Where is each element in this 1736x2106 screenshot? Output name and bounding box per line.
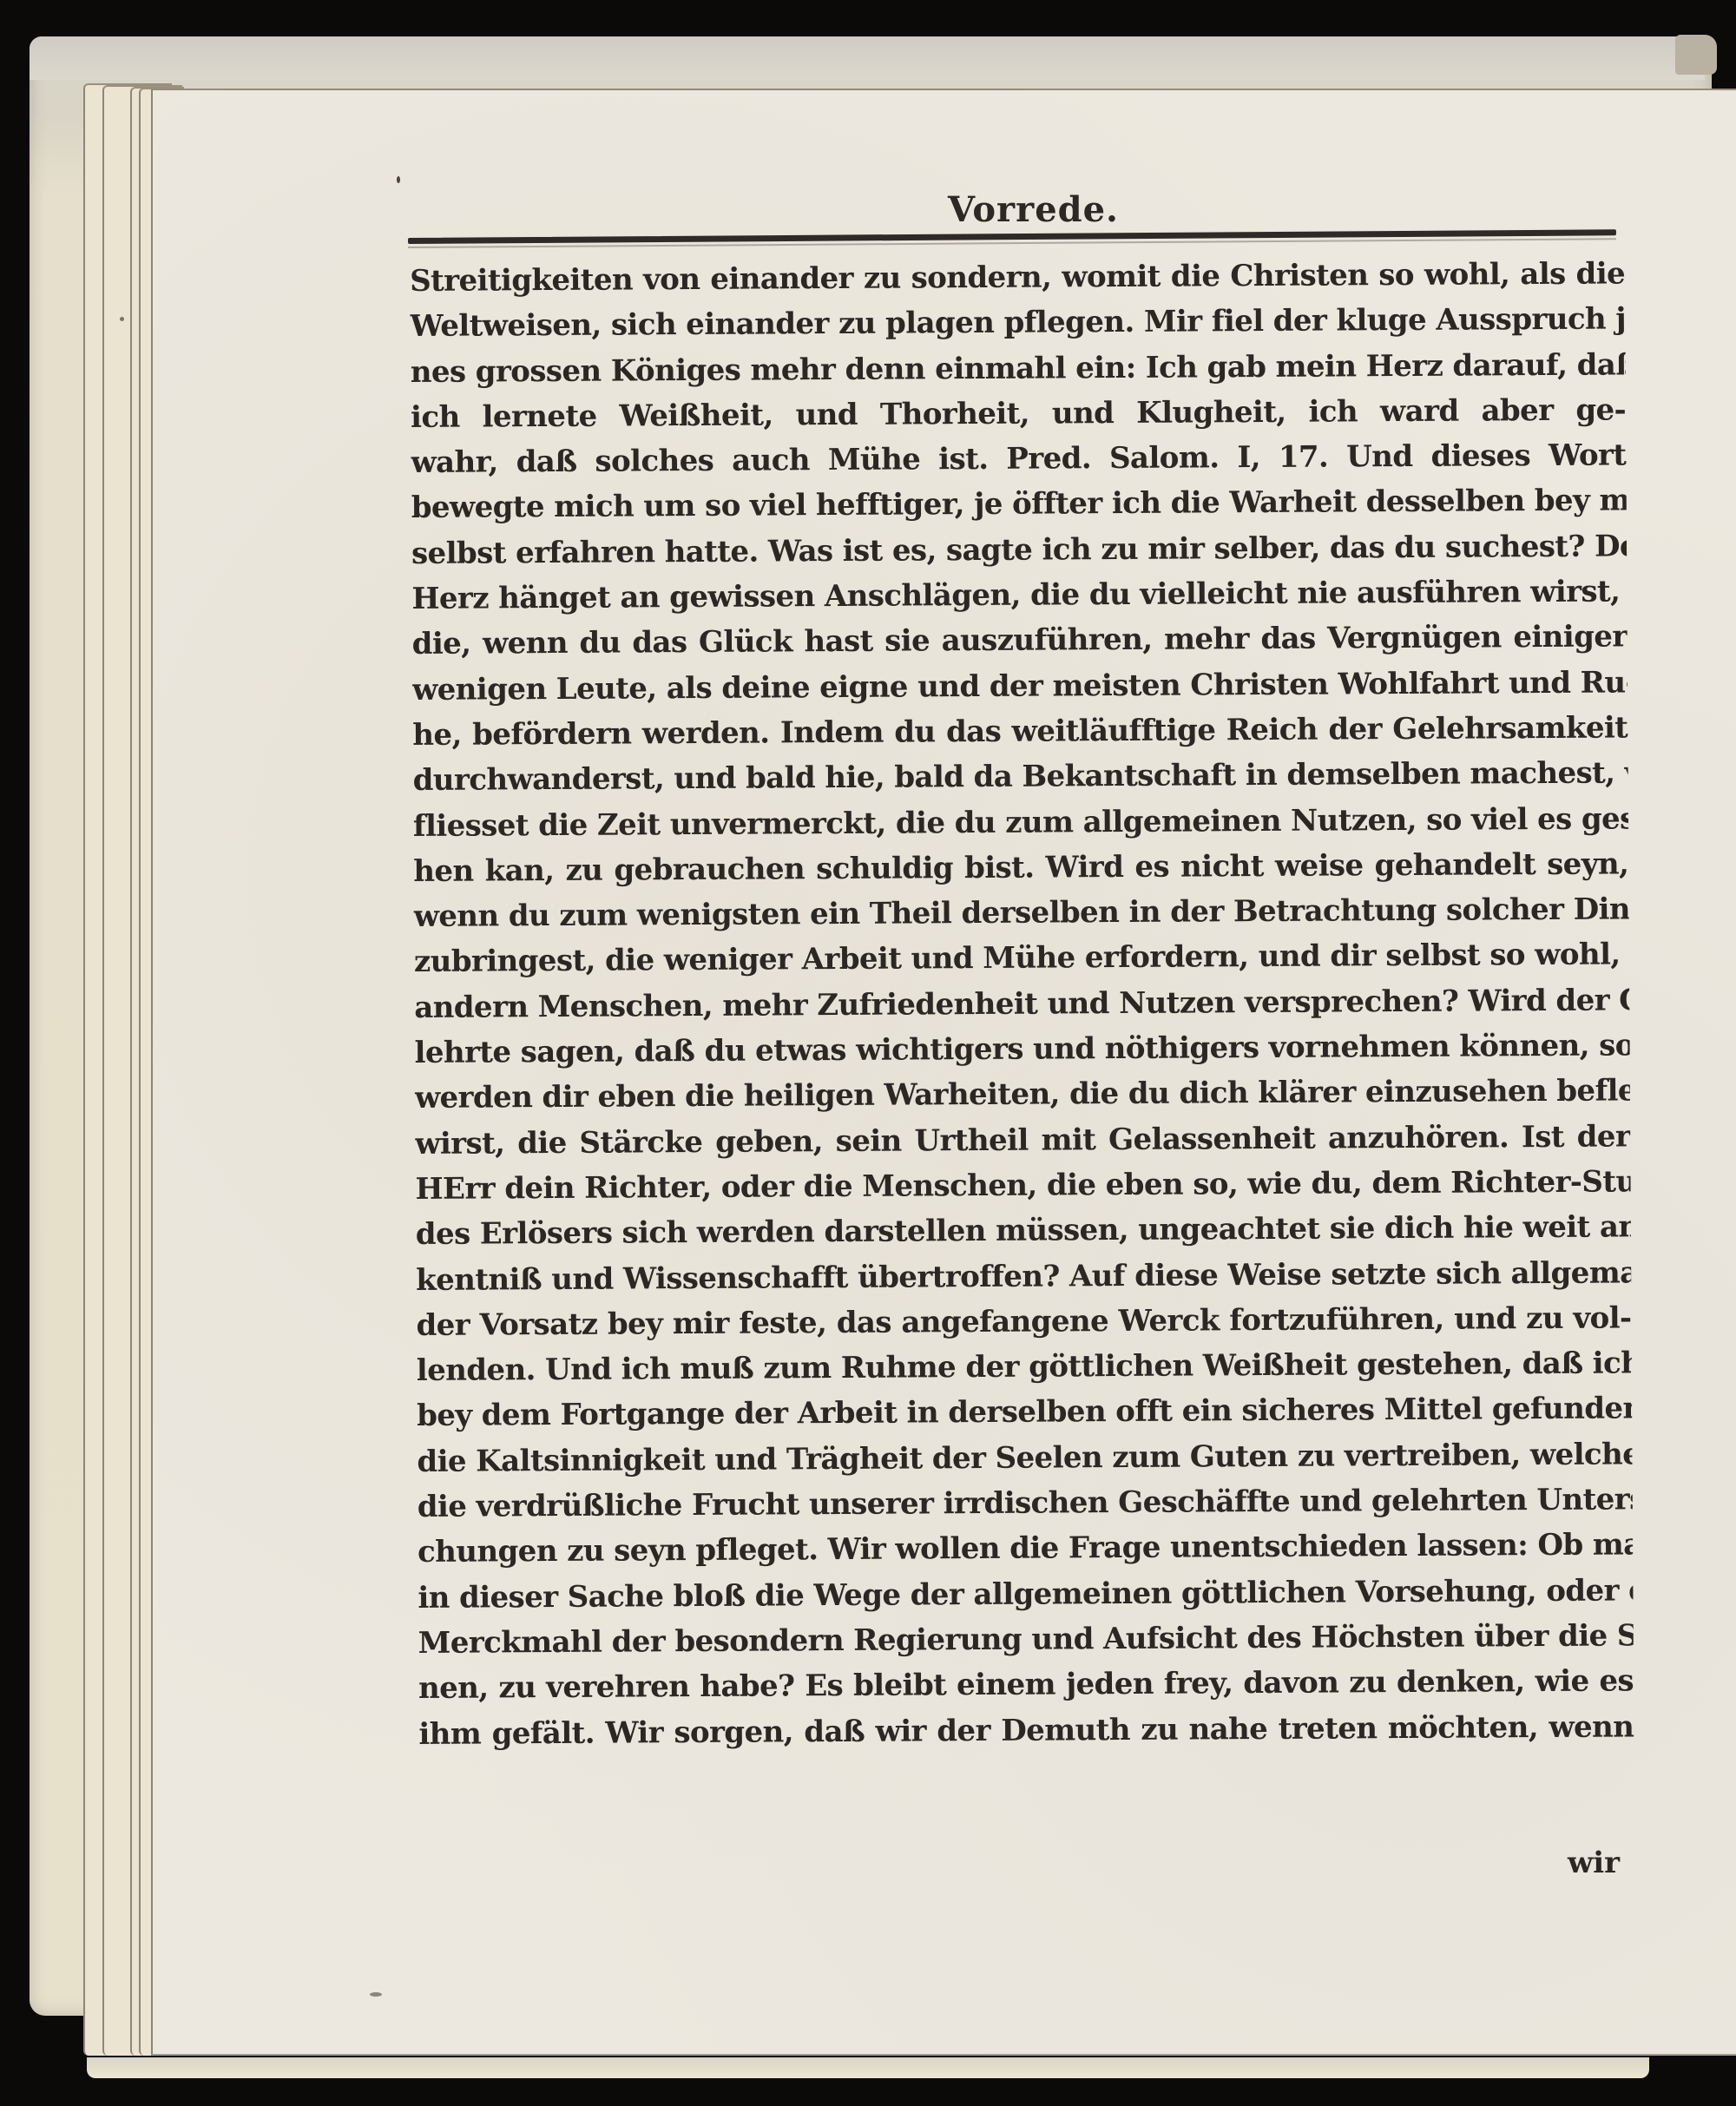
text-line: wenn du zum wenigsten ein Theil derselbe… [413,887,1628,940]
text-line: Weltweisen, sich einander zu plagen pfle… [410,297,1625,350]
text-line: die, wenn du das Glück hast sie auszufüh… [412,615,1627,668]
text-line: nes grossen Königes mehr denn einmahl ei… [411,342,1626,395]
text-line: chungen zu seyn pfleget. Wir wollen die … [418,1523,1633,1576]
text-line: Streitigkeiten von einander zu sondern, … [410,251,1625,304]
body-text: Streitigkeiten von einander zu sondern, … [410,251,1634,1756]
text-line: der Vorsatz bey mir feste, das angefange… [416,1295,1631,1348]
text-line: Merckmahl der besondern Regierung und Au… [418,1613,1634,1666]
text-line: bey dem Fortgange der Arbeit in derselbe… [417,1386,1632,1439]
book-cover-bottom-edge [87,2057,1649,2078]
text-line: wahr, daß solches auch Mühe ist. Pred. S… [411,433,1626,486]
text-line: des Erlösers sich werden darstellen müss… [416,1205,1631,1258]
text-line: nen, zu verehren habe? Es bleibt einem j… [418,1659,1634,1712]
text-line: HErr dein Richter, oder die Menschen, di… [415,1159,1630,1212]
text-line: he, befördern werden. Indem du das weitl… [412,705,1627,758]
text-line: werden dir eben die heiligen Warheiten, … [415,1069,1630,1122]
paper-speck [120,317,124,321]
text-line: ihm gefält. Wir sorgen, daß wir der Demu… [418,1704,1634,1757]
paper-speck [397,176,400,183]
book-cover-top-edge [30,36,1705,80]
text-line: die verdrüßliche Frucht unserer irrdisch… [418,1477,1633,1530]
text-line: hen kan, zu gebrauchen schuldig bist. Wi… [413,841,1628,894]
catchword: wir [1568,1846,1620,1880]
text-line: wenigen Leute, als deine eigne und der m… [412,660,1627,713]
text-line: die Kaltsinnigkeit und Trägheit der Seel… [417,1431,1632,1484]
text-line: bewegte mich um so viel hefftiger, je öf… [411,478,1627,531]
text-line: lehrte sagen, daß du etwas wichtigers un… [414,1023,1629,1076]
text-line: Herz hänget an gewissen Anschlägen, die … [411,569,1627,622]
text-line: in dieser Sache bloß die Wege der allgem… [418,1568,1633,1621]
text-line: lenden. Und ich muß zum Ruhme der göttli… [417,1341,1632,1394]
text-line: andern Menschen, mehr Zufriedenheit und … [414,977,1629,1030]
text-line: zubringest, die weniger Arbeit und Mühe … [414,932,1629,985]
running-head: Vorrede. [948,189,1119,230]
text-line: durchwanderst, und bald hie, bald da Bek… [413,751,1628,804]
text-line: fliesset die Zeit unvermerckt, die du zu… [413,796,1628,849]
cover-corner-turn-in [1675,35,1717,75]
text-line: selbst erfahren hatte. Was ist es, sagte… [411,523,1627,576]
text-line: ich lernete Weißheit, und Thorheit, und … [411,387,1626,440]
text-line: wirst, die Stärcke geben, sein Urtheil m… [415,1114,1630,1167]
paper-speck [370,1992,382,1997]
text-line: kentniß und Wissenschafft übertroffen? A… [416,1250,1631,1303]
